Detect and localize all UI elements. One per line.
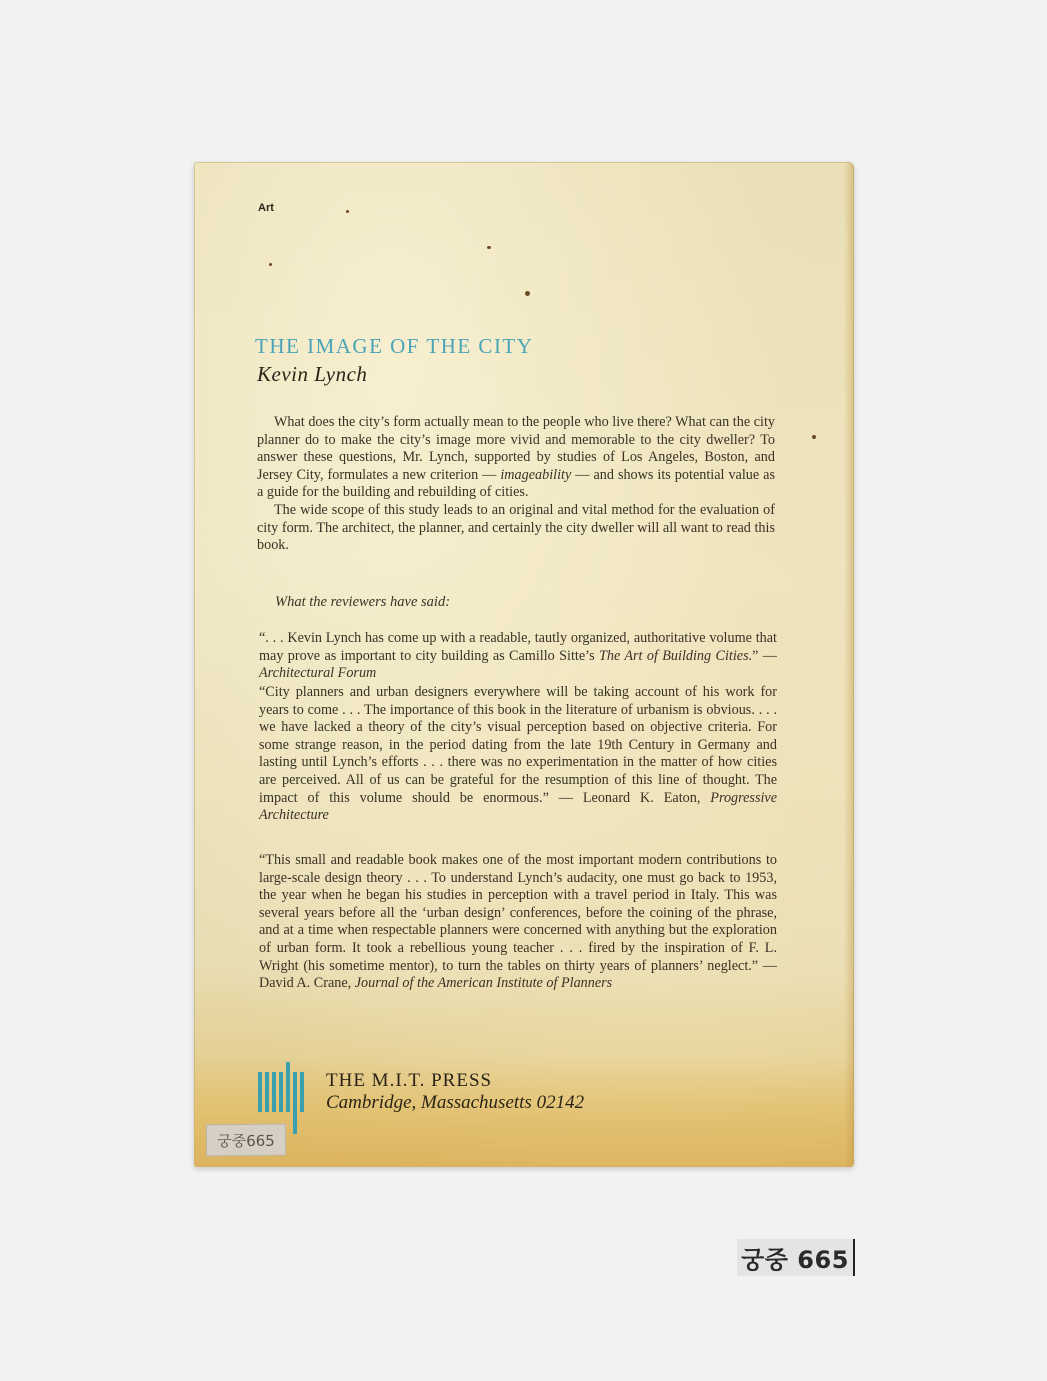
mit-press-logo-icon [258, 1058, 304, 1130]
review-quote: “City planners and urban designers every… [259, 684, 777, 825]
library-sticker: 궁중665 [206, 1124, 286, 1157]
paper-speck [269, 263, 272, 266]
review-source: Journal of the American Institute of Pla… [355, 975, 612, 991]
review-quote: “This small and readable book makes one … [259, 852, 777, 993]
paper-speck [346, 210, 349, 213]
review-source: Architectural Forum [259, 665, 376, 681]
book-author: Kevin Lynch [257, 362, 367, 387]
catalog-number-label: 궁중 665 [737, 1239, 855, 1276]
category-label: Art [258, 202, 274, 214]
paper-speck [525, 291, 530, 296]
paper-speck [487, 246, 491, 249]
publisher-name: THE M.I.T. PRESS [326, 1070, 492, 1092]
book-title: THE IMAGE OF THE CITY [255, 334, 533, 359]
description-paragraph-2: The wide scope of this study leads to an… [257, 502, 775, 555]
paper-speck [812, 435, 816, 439]
reviews-heading: What the reviewers have said: [275, 594, 450, 611]
book-back-cover: Art THE IMAGE OF THE CITY Kevin Lynch Wh… [194, 162, 854, 1167]
book-description: What does the city’s form actually mean … [257, 414, 775, 555]
description-paragraph-1: What does the city’s form actually mean … [257, 414, 775, 502]
publisher-location: Cambridge, Massachusetts 02142 [326, 1092, 584, 1114]
review-quote: “. . . Kevin Lynch has come up with a re… [259, 630, 777, 683]
